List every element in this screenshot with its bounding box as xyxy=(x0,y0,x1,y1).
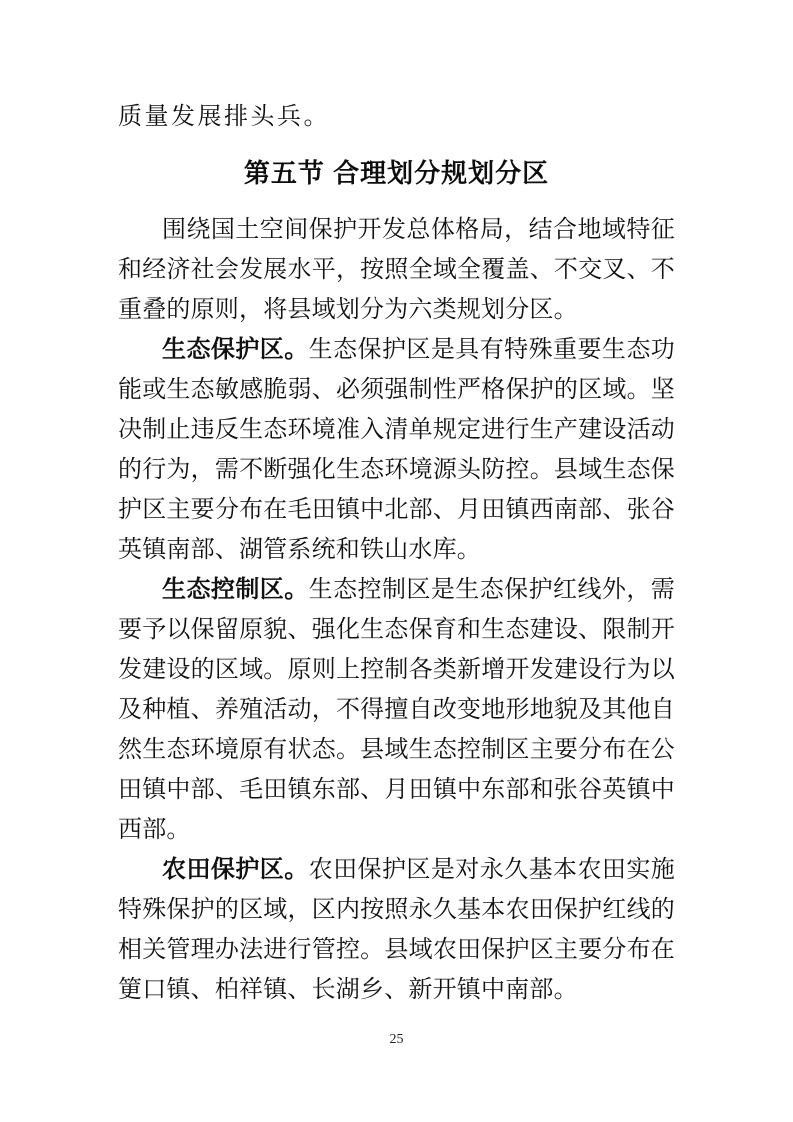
document-page: 质量发展排头兵。 第五节 合理划分规划分区 围绕国土空间保护开发总体格局，结合地… xyxy=(0,0,793,1122)
paragraph-text: 生态控制区是生态保护红线外，需要予以保留原貌、强化生态保育和生态建设、限制开发建… xyxy=(118,577,675,843)
paragraph-continuation: 质量发展排头兵。 xyxy=(118,97,675,137)
paragraph-intro: 围绕国土空间保护开发总体格局，结合地域特征和经济社会发展水平，按照全域全覆盖、不… xyxy=(118,210,675,330)
paragraph-eco-control-zone: 生态控制区。生态控制区是生态保护红线外，需要予以保留原貌、强化生态保育和生态建设… xyxy=(118,570,675,850)
page-content: 质量发展排头兵。 第五节 合理划分规划分区 围绕国土空间保护开发总体格局，结合地… xyxy=(118,97,675,1010)
paragraph-lead: 生态保护区。 xyxy=(162,337,309,363)
section-heading: 第五节 合理划分规划分区 xyxy=(118,153,675,193)
page-number: 25 xyxy=(0,1030,793,1050)
paragraph-text: 生态保护区是具有特殊重要生态功能或生态敏感脆弱、必须强制性严格保护的区域。坚决制… xyxy=(118,337,675,563)
paragraph-farmland-protection-zone: 农田保护区。农田保护区是对永久基本农田实施特殊保护的区域，区内按照永久基本农田保… xyxy=(118,850,675,1010)
paragraph-lead: 农田保护区。 xyxy=(162,857,309,883)
paragraph-text: 围绕国土空间保护开发总体格局，结合地域特征和经济社会发展水平，按照全域全覆盖、不… xyxy=(118,217,675,323)
paragraph-lead: 生态控制区。 xyxy=(162,577,309,603)
paragraph-eco-protection-zone: 生态保护区。生态保护区是具有特殊重要生态功能或生态敏感脆弱、必须强制性严格保护的… xyxy=(118,330,675,570)
